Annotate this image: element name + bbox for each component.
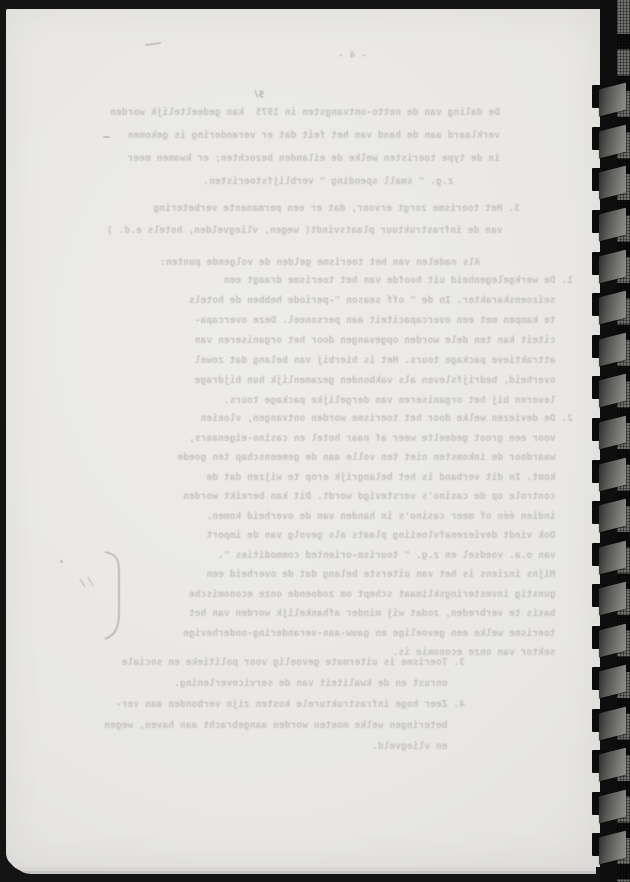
binding-tooth	[578, 210, 630, 240]
binding-tooth	[578, 543, 630, 573]
binding-tooth	[578, 418, 630, 448]
binding-tooth	[578, 626, 630, 656]
binding-tooth	[578, 460, 630, 490]
page-number: - 4 -	[330, 50, 375, 61]
paper-speck	[103, 136, 110, 138]
binding-tooth	[578, 501, 630, 531]
handwritten-scribble	[74, 572, 96, 594]
binding-tooth	[578, 792, 630, 822]
disadvantages-item-1: 1. De werkgelegenheid uit hoofde van het…	[189, 271, 573, 411]
paper-speck	[60, 560, 63, 563]
scanned-page: - 4 - De daling van de netto-ontvangsten…	[0, 0, 630, 882]
binding-comb	[578, 0, 630, 882]
binding-tooth	[578, 750, 630, 780]
binding-tooth	[578, 127, 630, 157]
bleed-through-text-layer: - 4 - De daling van de netto-ontvangsten…	[0, 0, 630, 882]
binding-tooth	[578, 667, 630, 697]
binding-tooth	[578, 376, 630, 406]
advantages-item-3: 3. Het toerisme zorgt ervoor, dat er een…	[107, 198, 520, 242]
binding-tooth	[578, 252, 630, 282]
disadvantages-header: Als nadelen van het toerisme gelden de v…	[160, 252, 480, 273]
handwritten-margin-bracket	[101, 549, 127, 643]
binding-tooth	[578, 709, 630, 739]
binding-tooth	[578, 85, 630, 115]
disadvantages-item-2: 2. De deviezen welke door het toerisme w…	[177, 409, 573, 663]
handwritten-footnote-mark: 5/	[253, 89, 265, 100]
binding-tooth	[578, 293, 630, 323]
binding-tooth	[578, 584, 630, 614]
disadvantages-item-3: 3. Toerisme is uitermate gevoelig voor p…	[122, 652, 465, 694]
disadvantages-item-4: 4. Zeer hoge infrastrukturele kosten zij…	[104, 694, 465, 757]
binding-tooth	[578, 833, 630, 863]
binding-tooth	[578, 335, 630, 365]
binding-tooth	[578, 168, 630, 198]
intro-paragraph: De daling van de netto-ontvangsten in 19…	[110, 101, 500, 193]
